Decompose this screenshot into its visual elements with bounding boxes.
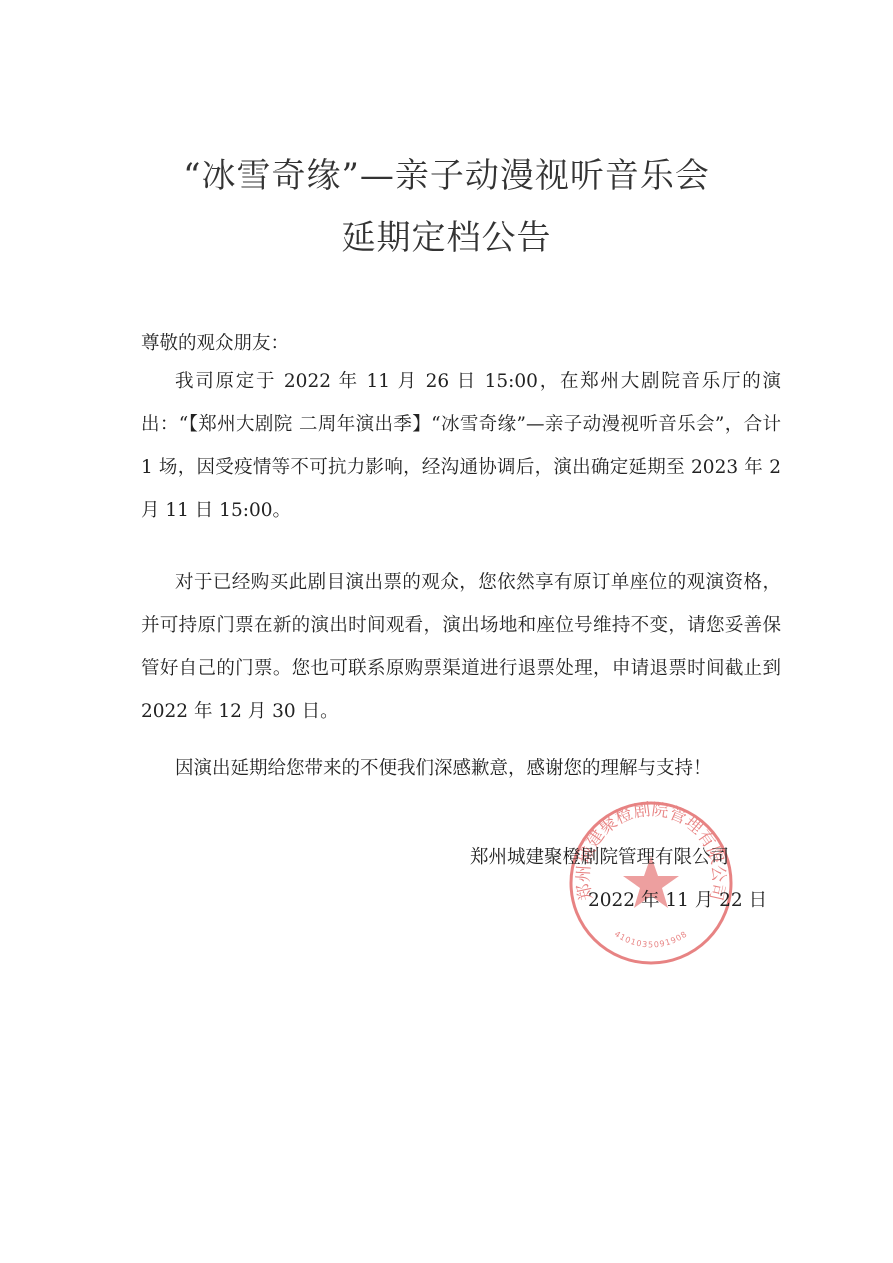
svg-text:4101035091908: 4101035091908 xyxy=(613,929,689,949)
signature-date: 2022 年 11 月 22 日 xyxy=(588,886,767,912)
company-seal-icon: 郑州城建聚橙剧院管理有限公司 4101035091908 xyxy=(566,798,736,968)
paragraph-ticket-policy: 对于已经购买此剧目演出票的观众，您依然享有原订单座位的观演资格，并可持原门票在新… xyxy=(141,561,781,733)
paragraph-apology: 因演出延期给您带来的不便我们深感歉意，感谢您的理解与支持！ xyxy=(141,747,781,790)
paragraph-postponement: 我司原定于 2022 年 11 月 26 日 15:00，在郑州大剧院音乐厅的演… xyxy=(141,360,781,532)
title-line-2: 延期定档公告 xyxy=(0,210,893,259)
salutation: 尊敬的观众朋友： xyxy=(141,322,781,365)
title-line-1: “冰雪奇缘”—亲子动漫视听音乐会 xyxy=(0,148,893,197)
signature-company: 郑州城建聚橙剧院管理有限公司 xyxy=(470,843,729,869)
